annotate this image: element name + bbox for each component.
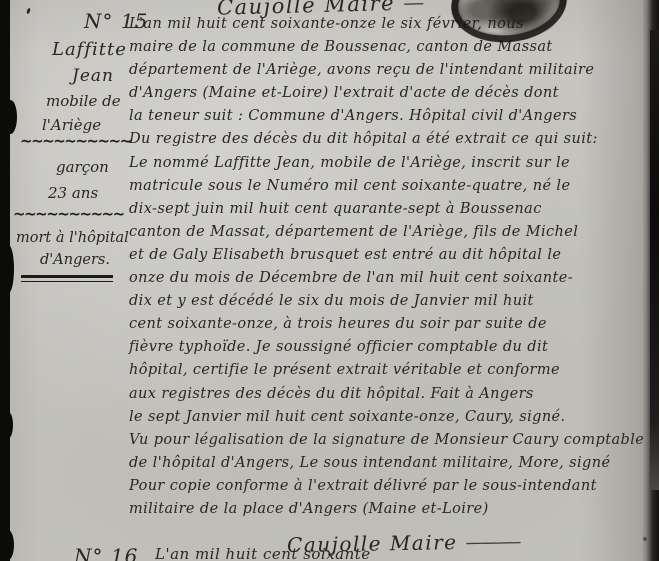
record-body-text: L'an mil huit cent soixante-onze le six … bbox=[129, 13, 659, 521]
record-line: dix-sept juin mil huit cent quarante-sep… bbox=[129, 198, 659, 221]
record-line: Vu pour légalisation de la signature de … bbox=[129, 429, 659, 452]
record-line: Le nommé Laffitte Jean, mobile de l'Ariè… bbox=[129, 152, 659, 175]
scan-right-border-core bbox=[650, 30, 659, 490]
record-line: matricule sous le Numéro mil cent soixan… bbox=[129, 175, 659, 198]
record-line: L'an mil huit cent soixante-onze le six … bbox=[129, 13, 659, 36]
record-line: d'Angers (Maine et-Loire) l'extrait d'ac… bbox=[129, 82, 659, 105]
signature-text: Caujolle Maire bbox=[287, 530, 458, 557]
record-line: de l'hôpital d'Angers, Le sous intendant… bbox=[129, 452, 659, 475]
scan-right-border bbox=[642, 0, 659, 561]
record-line: cent soixante-onze, à trois heures du so… bbox=[129, 313, 659, 336]
deceased-age: 23 ans bbox=[48, 184, 98, 202]
signature-flourish: ——— bbox=[465, 529, 519, 554]
record-line: maire de la commune de Boussenac, canton… bbox=[129, 36, 659, 59]
scan-edge-blob bbox=[4, 100, 17, 134]
record-line: Du registre des décès du dit hôpital a é… bbox=[129, 128, 659, 151]
scan-edge-blob bbox=[3, 245, 14, 293]
deceased-firstname: Jean bbox=[72, 66, 114, 86]
wavy-divider: ~~~~~~~~~~ bbox=[20, 132, 131, 150]
wavy-divider: ~~~~~~~~~~ bbox=[13, 205, 124, 223]
record-line: canton de Massat, département de l'Arièg… bbox=[129, 221, 659, 244]
margin-annotations: N° 15 Laffitte Jean mobile de l'Ariège ~… bbox=[0, 0, 160, 561]
record-line: militaire de la place d'Angers (Maine et… bbox=[129, 498, 659, 521]
deceased-title-line1: mobile de bbox=[46, 92, 121, 110]
record-line: onze du mois de Décembre de l'an mil hui… bbox=[129, 267, 659, 290]
deceased-status: garçon bbox=[56, 158, 109, 176]
death-place-note-line2: d'Angers. bbox=[40, 252, 110, 268]
margin-double-rule bbox=[21, 275, 113, 282]
record-line: le sept Janvier mil huit cent soixante-o… bbox=[129, 406, 659, 429]
record-line: et de Galy Elisabeth brusquet est entré … bbox=[129, 244, 659, 267]
next-record-number: N° 16 bbox=[74, 544, 138, 561]
record-line: Pour copie conforme à l'extrait délivré … bbox=[129, 475, 659, 498]
scan-edge-blob bbox=[4, 412, 13, 438]
record-line: département de l'Ariège, avons reçu de l… bbox=[129, 59, 659, 82]
record-number: N° 15 bbox=[84, 9, 148, 33]
signature-flourish: — bbox=[403, 0, 423, 15]
record-line: fièvre typhoïde. Je soussigné officier c… bbox=[129, 336, 659, 359]
scan-left-border bbox=[0, 0, 10, 561]
deceased-surname: Laffitte bbox=[52, 39, 127, 60]
scan-edge-blob bbox=[2, 530, 14, 560]
record-line: hôpital, certifie le présent extrait vér… bbox=[129, 359, 659, 382]
scanned-death-record-page: Caujolle Maire — N° 15 Laffitte Jean mob… bbox=[0, 0, 659, 561]
record-line: aux registres des décès du dit hôpital. … bbox=[129, 383, 659, 406]
record-line: dix et y est décédé le six du mois de Ja… bbox=[129, 290, 659, 313]
mayor-signature: Caujolle Maire ——— bbox=[287, 529, 520, 557]
record-line: la teneur suit : Commune d'Angers. Hôpit… bbox=[129, 105, 659, 128]
death-place-note-line1: mort à l'hôpital bbox=[16, 230, 129, 246]
